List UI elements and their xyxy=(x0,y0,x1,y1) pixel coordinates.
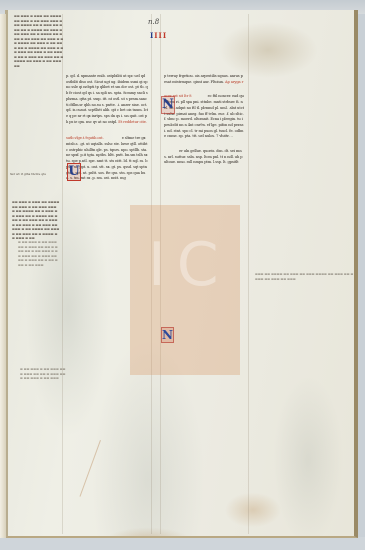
ruling-line xyxy=(248,14,249,534)
initial-space xyxy=(164,140,178,152)
ruling-line xyxy=(62,14,63,534)
decorated-initial: N xyxy=(161,327,174,343)
initial-space xyxy=(105,125,121,139)
running-header: IIII xyxy=(150,31,167,40)
column-text-2: ec ftil noncer. ead quelltem ri. pll spa… xyxy=(164,94,244,138)
decorated-initial: N xyxy=(161,96,175,114)
text-column-left: p. qd. d. xpmante enib. ostpbiliti ut sp… xyxy=(66,74,148,324)
page-edge-stack xyxy=(0,14,6,538)
scan-background-bottom xyxy=(0,537,365,550)
marginal-gloss-left-bottom: ▬ ▬▬ ▬▬▬ ▬ ▬▬ ▬▬▬ ▬▬ ▬ ▬▬▬ ▬▬ ▬▬ ▬ ▬▬▬ ▬… xyxy=(20,367,68,397)
header-red: III xyxy=(154,31,167,40)
marginal-gloss-right-middle: ▬▬▬ ▬▬ ▬▬▬▬ ▬▬ ▬▬▬ ▬▬ ▬▬▬ ▬▬▬▬ ▬▬ ▬▬▬ ▬▬… xyxy=(255,272,355,296)
initial-space xyxy=(193,85,207,97)
marginal-note-short: Ssr wt if gths thclre qts xyxy=(10,172,55,180)
text-column-right: p terray frgetiou. ois arpestilis sqnus.… xyxy=(164,74,244,392)
folio-number: n.8 xyxy=(148,18,159,26)
marginal-gloss-top-left: ▬▬ ▬▬▬ ▬ ▬▬▬ ▬▬ ▬▬▬▬ ▬▬ ▬▬▬ ▬ ▬▬ ▬▬▬ ▬▬▬… xyxy=(14,14,64,84)
decorated-initial: U xyxy=(67,163,81,181)
column-text: p. qd. d. xpmante enib. ostpbiliti ut sp… xyxy=(66,74,148,124)
marginal-gloss-left-lower: ▬ ▬▬ ▬▬▬ ▬ ▬▬ ▬▬▬ ▬▬ ▬ ▬▬▬ ▬▬ ▬▬ ▬ ▬▬▬ ▬… xyxy=(18,240,60,310)
